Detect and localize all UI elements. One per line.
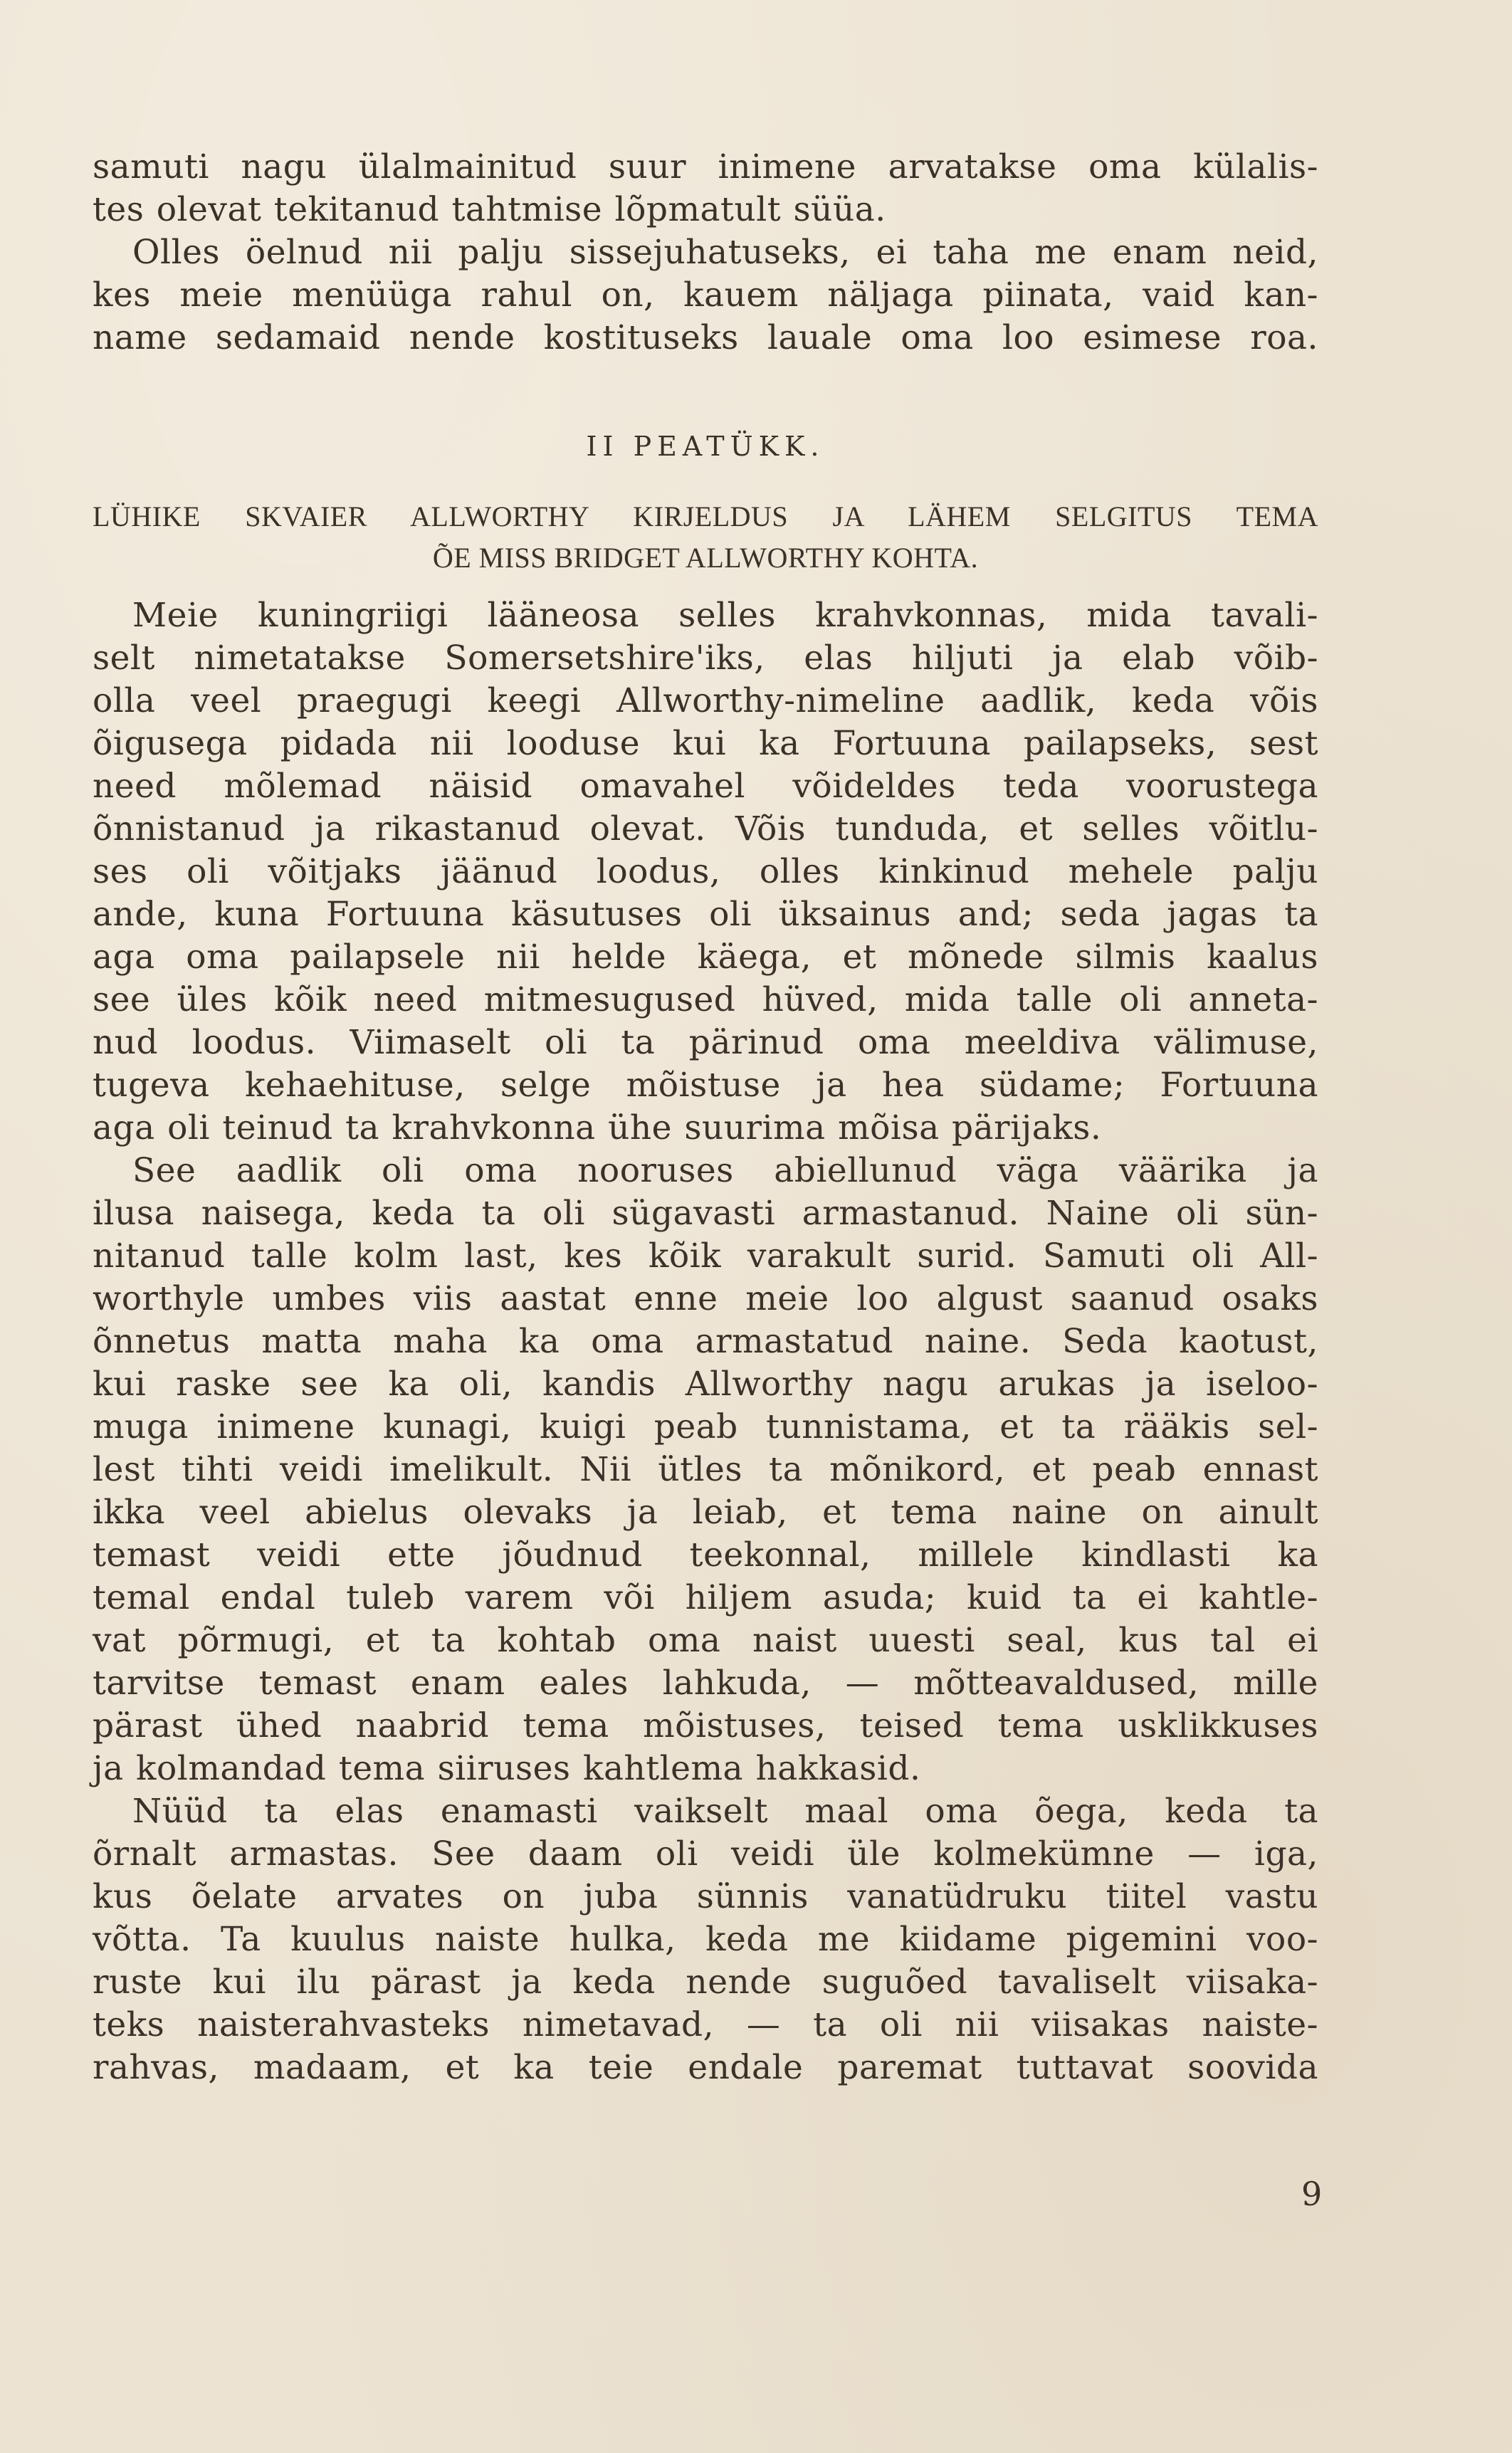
page-number: 9: [1301, 2173, 1322, 2215]
text-line: teks naisterahvasteks nimetavad, — ta ol…: [93, 2004, 1318, 2047]
text-line: kui raske see ka oli, kandis Allworthy n…: [93, 1363, 1318, 1406]
text-line: õrnalt armastas. See daam oli veidi üle …: [93, 1833, 1318, 1876]
chapter-title-line: ÕE MISS BRIDGET ALLWORTHY KOHTA.: [93, 537, 1318, 579]
text-line: Nüüd ta elas enamasti vaikselt maal oma …: [93, 1790, 1318, 1833]
text-line: pärast ühed naabrid tema mõistuses, teis…: [93, 1705, 1318, 1748]
text-line: tes olevat tekitanud tahtmise lõpmatult …: [93, 189, 1318, 231]
text-line: nud loodus. Viimaselt oli ta pärinud oma…: [93, 1021, 1318, 1064]
text-line: kes meie menüüga rahul on, kauem näljaga…: [93, 274, 1318, 317]
text-line: tarvitse temast enam eales lahkuda, — mõ…: [93, 1662, 1318, 1705]
text-line: võtta. Ta kuulus naiste hulka, keda me k…: [93, 1918, 1318, 1961]
text-line: muga inimene kunagi, kuigi peab tunnista…: [93, 1406, 1318, 1449]
text-line: See aadlik oli oma nooruses abiellunud v…: [93, 1150, 1318, 1192]
text-line: Meie kuningriigi lääneosa selles krahvko…: [93, 594, 1318, 637]
text-line: nitanud talle kolm last, kes kõik varaku…: [93, 1235, 1318, 1278]
text-line: ja kolmandad tema siiruses kahtlema hakk…: [93, 1748, 1318, 1790]
text-line: rahvas, madaam, et ka teie endale parema…: [93, 2047, 1318, 2089]
text-line: temal endal tuleb varem või hiljem asuda…: [93, 1577, 1318, 1619]
text-line: tugeva kehaehituse, selge mõistuse ja he…: [93, 1064, 1318, 1107]
text-line: worthyle umbes viis aastat enne meie loo…: [93, 1278, 1318, 1320]
paragraph: Nüüd ta elas enamasti vaikselt maal oma …: [93, 1790, 1318, 2089]
text-line: kus õelate arvates on juba sünnis vanatü…: [93, 1876, 1318, 1918]
text-line: vat põrmugi, et ta kohtab oma naist uues…: [93, 1619, 1318, 1662]
text-line: selt nimetatakse Somersetshire'iks, elas…: [93, 637, 1318, 680]
text-line: samuti nagu ülalmainitud suur inimene ar…: [93, 146, 1318, 189]
chapter-title: LÜHIKE SKVAIER ALLWORTHY KIRJELDUS JA LÄ…: [93, 496, 1318, 579]
text-line: ruste kui ilu pärast ja keda nende suguõ…: [93, 1961, 1318, 2004]
text-line: see üles kõik need mitmesugused hüved, m…: [93, 979, 1318, 1021]
paragraph: See aadlik oli oma nooruses abiellunud v…: [93, 1150, 1318, 1790]
text-line: name sedamaid nende kostituseks lauale o…: [93, 317, 1318, 359]
text-line: lest tihti veidi imelikult. Nii ütles ta…: [93, 1449, 1318, 1491]
chapter-number: II PEATÜKK.: [93, 424, 1318, 469]
text-line: temast veidi ette jõudnud teekonnal, mil…: [93, 1534, 1318, 1577]
text-line: õnnistanud ja rikastanud olevat. Võis tu…: [93, 808, 1318, 851]
paragraph: Meie kuningriigi lääneosa selles krahvko…: [93, 594, 1318, 1150]
text-line: ikka veel abielus olevaks ja leiab, et t…: [93, 1491, 1318, 1534]
chapter-title-line: LÜHIKE SKVAIER ALLWORTHY KIRJELDUS JA LÄ…: [93, 496, 1318, 537]
text-line: ande, kuna Fortuuna käsutuses oli üksain…: [93, 893, 1318, 936]
paragraph: Olles öelnud nii palju sissejuhatuseks, …: [93, 231, 1318, 359]
text-line: aga oli teinud ta krahvkonna ühe suurima…: [93, 1107, 1318, 1150]
text-line: olla veel praegugi keegi Allworthy-nimel…: [93, 680, 1318, 723]
book-page: samuti nagu ülalmainitud suur inimene ar…: [93, 146, 1318, 2089]
text-line: ilusa naisega, keda ta oli sügavasti arm…: [93, 1192, 1318, 1235]
text-line: need mõlemad näisid omavahel võideldes t…: [93, 765, 1318, 808]
text-line: ses oli võitjaks jäänud loodus, olles ki…: [93, 851, 1318, 893]
chapter-heading: II PEATÜKK. LÜHIKE SKVAIER ALLWORTHY KIR…: [93, 359, 1318, 594]
text-line: Olles öelnud nii palju sissejuhatuseks, …: [93, 231, 1318, 274]
text-line: õnnetus matta maha ka oma armastatud nai…: [93, 1320, 1318, 1363]
text-line: aga oma pailapsele nii helde käega, et m…: [93, 936, 1318, 979]
paragraph-continuation: samuti nagu ülalmainitud suur inimene ar…: [93, 146, 1318, 231]
text-line: õigusega pidada nii looduse kui ka Fortu…: [93, 723, 1318, 765]
